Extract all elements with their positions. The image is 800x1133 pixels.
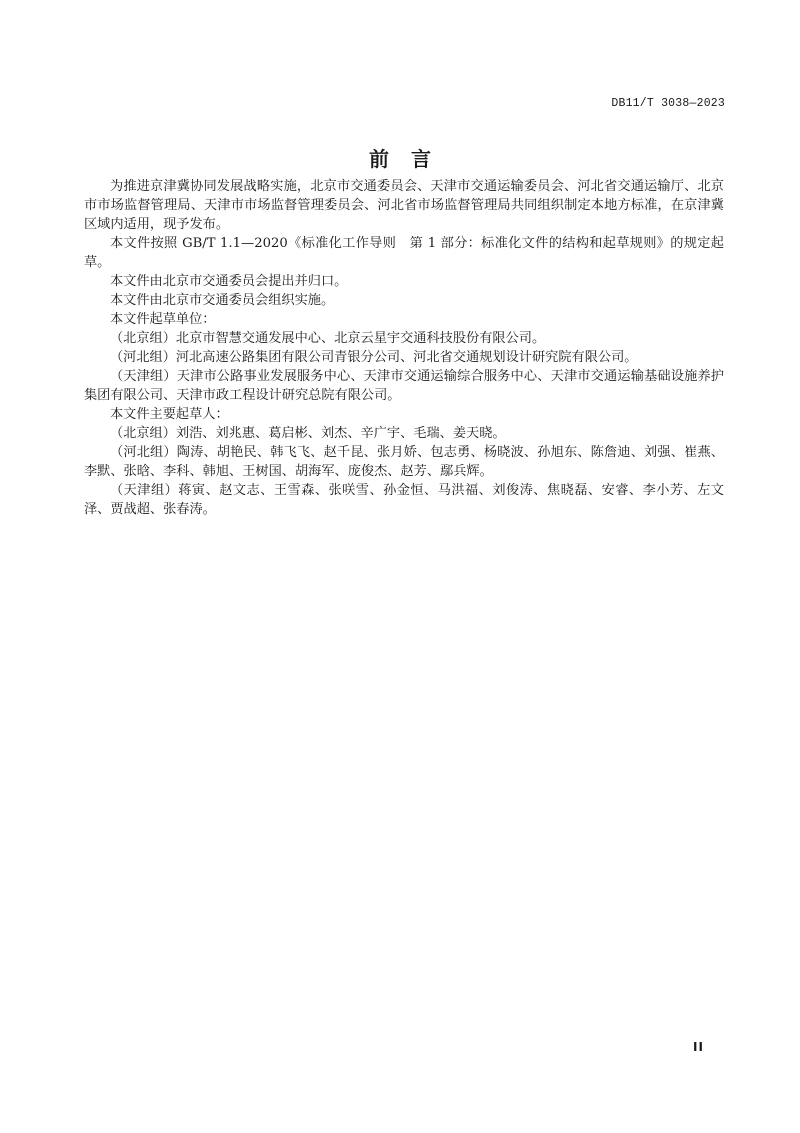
paragraph-units-beijing: （北京组）北京市智慧交通发展中心、北京云星宇交通科技股份有限公司。 (84, 329, 724, 348)
page-title: 前言 (0, 143, 800, 172)
page-number: II (693, 1040, 704, 1054)
paragraph-drafters-beijing: （北京组）刘浩、刘兆惠、葛启彬、刘杰、辛广宇、毛瑞、姜天晓。 (84, 424, 724, 443)
paragraph-drafting-rules: 本文件按照 GB/T 1.1—2020《标准化工作导则 第 1 部分：标准化文件… (84, 234, 724, 272)
paragraph-drafters-heading: 本文件主要起草人： (84, 405, 724, 424)
paragraph-drafters-tianjin: （天津组）蒋寅、赵文志、王雪森、张咲雪、孙金恒、马洪福、刘俊涛、焦晓磊、安睿、李… (84, 481, 724, 519)
document-code: DB11/T 3038—2023 (611, 97, 725, 110)
paragraph-purpose: 为推进京津冀协同发展战略实施，北京市交通委员会、天津市交通运输委员会、河北省交通… (84, 177, 724, 234)
paragraph-units-hebei: （河北组）河北高速公路集团有限公司青银分公司、河北省交通规划设计研究院有限公司。 (84, 348, 724, 367)
paragraph-drafters-hebei: （河北组）陶涛、胡艳民、韩飞飞、赵千昆、张月娇、包志勇、杨晓波、孙旭东、陈詹迪、… (84, 443, 724, 481)
paragraph-proposed-by: 本文件由北京市交通委员会提出并归口。 (84, 272, 724, 291)
paragraph-drafting-units-heading: 本文件起草单位： (84, 310, 724, 329)
paragraph-implemented-by: 本文件由北京市交通委员会组织实施。 (84, 291, 724, 310)
foreword-body: 为推进京津冀协同发展战略实施，北京市交通委员会、天津市交通运输委员会、河北省交通… (84, 177, 724, 519)
paragraph-units-tianjin: （天津组）天津市公路事业发展服务中心、天津市交通运输综合服务中心、天津市交通运输… (84, 367, 724, 405)
document-page: DB11/T 3038—2023 前言 为推进京津冀协同发展战略实施，北京市交通… (0, 0, 800, 1133)
